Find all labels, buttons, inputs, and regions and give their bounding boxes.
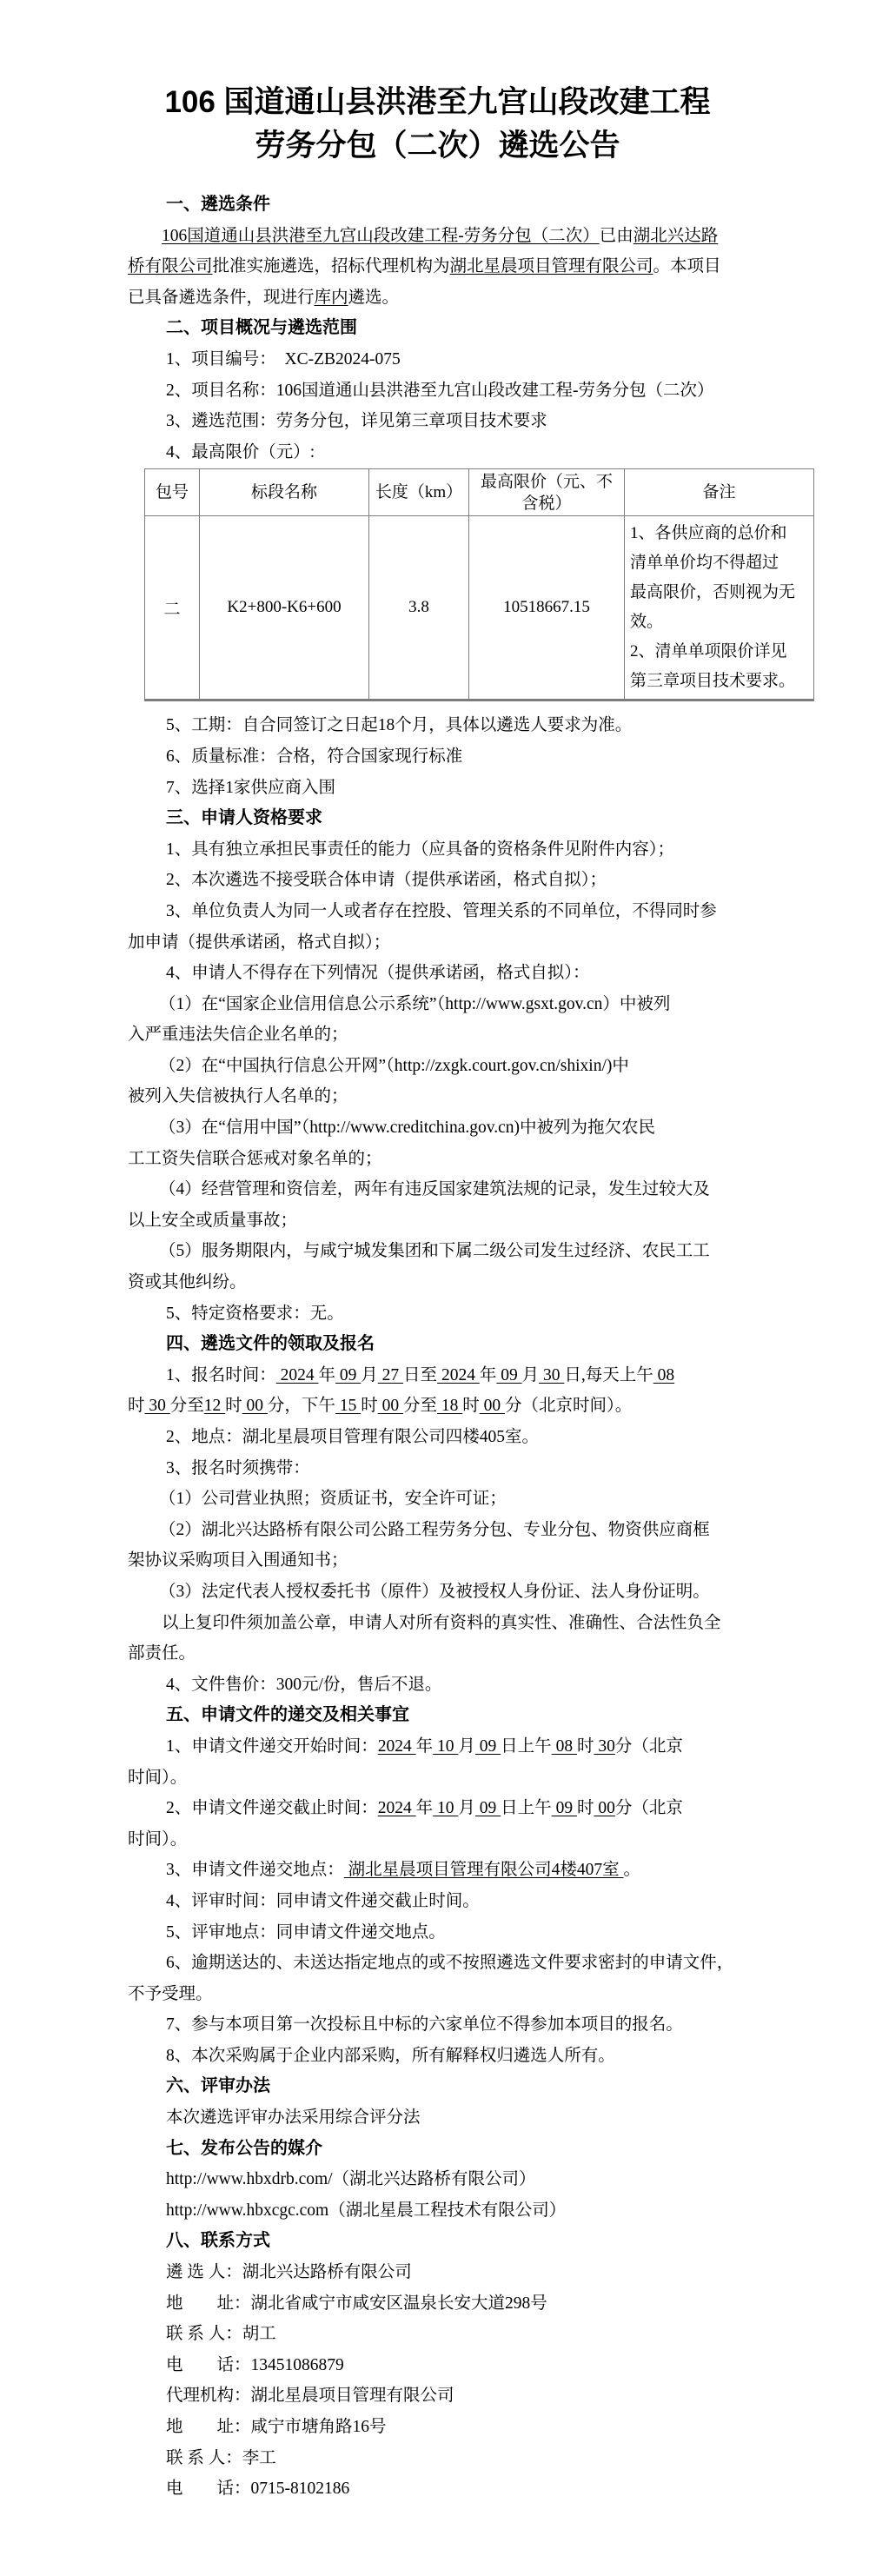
underlined-text: 2024 [378,1799,416,1817]
text-segment: 月 [522,1366,540,1384]
table-row: 二 K2+800-K6+600 3.8 10518667.15 1、各供应商的总… [145,516,814,700]
text-segment: 。本项目 [653,257,721,276]
underlined-text: 09 [335,1366,361,1384]
text-line: 1、具有独立承担民事责任的能力（应具备的资格条件见附件内容）； [128,834,747,866]
underlined-text: 08 [552,1737,577,1756]
text-segment: （5）服务期限内，与咸宁城发集团和下属二级公司发生过经济、农民工工 [159,1242,710,1260]
text-segment: 7、参与本项目第一次投标且中标的六家单位不得参加本项目的报名。 [166,2015,683,2034]
text-line: 7、选择1家供应商入围 [128,773,747,804]
text-segment: http://www.hbxcgc.com（湖北星晨工程技术有限公司） [166,2201,566,2220]
price-table: 包号 标段名称 长度（km） 最高限价（元、不含税） 备注 二 K2+800-K… [144,468,814,701]
remark-line: 清单单价均不得超过 [630,548,808,578]
text-line: 6、逾期送达的、未送达指定地点的或不按照遴选文件要求密封的申请文件， [128,1948,747,1979]
text-segment: 部责任。 [128,1644,196,1663]
text-segment: 时间）。 [128,1769,187,1787]
text-segment: 架协议采购项目入围通知书； [128,1551,348,1570]
text-segment: 年 [319,1366,336,1384]
text-line: 3、遴选范围：劳务分包，详见第三章项目技术要求 [128,406,747,437]
text-line: 遴 选 人：湖北兴达路桥有限公司 [128,2257,747,2288]
text-line: 入严重违法失信企业名单的； [128,1019,747,1051]
underlined-text: 00 [480,1397,505,1415]
text-line: 1、报名时间： 2024 年 09 月 27 日至 2024 年 09 月 30… [128,1360,747,1391]
text-segment: 年 [416,1799,434,1817]
text-segment: 3、单位负责人为同一人或者存在控股、管理关系的不同单位，不得同时参 [166,902,717,920]
text-segment: 日上午 [501,1799,552,1817]
text-segment: 加申请（提供承诺函，格式自拟）； [128,933,390,952]
text-segment: 分，下午 [268,1397,335,1415]
underlined-text: 库内 [315,289,348,307]
text-segment: 1、项目编号： XC-ZB2024-075 [166,350,401,368]
text-segment: 2、申请文件递交截止时间： [166,1799,378,1817]
text-line: 架协议采购项目入围通知书； [128,1545,747,1577]
text-segment: 以上安全或质量事故； [128,1212,297,1230]
text-line: 5、特定资格要求：无。 [128,1298,747,1330]
text-segment: 3、遴选范围：劳务分包，详见第三章项目技术要求 [166,412,547,430]
text-segment: 。 [624,1861,641,1879]
underlined-text: 10 [433,1799,458,1817]
underlined-text: 桥有限公司 [128,257,213,276]
underlined-text: 12 [204,1397,225,1415]
text-segment: 已具备遴选条件，现进行 [128,289,315,307]
table-header-package: 包号 [145,469,200,516]
section-heading: 五、申请文件的递交及相关事宜 [128,1700,747,1731]
table-header-length: 长度（km） [369,469,469,516]
text-segment: 时 [577,1737,594,1756]
text-segment: 日上午 [501,1737,552,1756]
section-heading: 四、遴选文件的领取及报名 [128,1329,747,1360]
text-line: 4、最高限价（元）: [128,437,747,468]
length-cell: 3.8 [369,516,469,700]
text-segment: 3、报名时须携带： [166,1459,310,1477]
text-segment: 6、逾期送达的、未送达指定地点的或不按照遴选文件要求密封的申请文件， [166,1954,733,1972]
text-line: http://www.hbxdrb.com/（湖北兴达路桥有限公司） [128,2164,747,2195]
text-line: 时间）。 [128,1763,747,1794]
text-segment: 本次遴选评审办法采用综合评分法 [166,2108,421,2127]
section-heading: 一、遴选条件 [128,189,747,221]
text-line: 联 系 人：胡工 [128,2319,747,2350]
text-segment: （2）在“中国执行信息公开网”（http://zxgk.court.gov.cn… [159,1057,629,1075]
text-segment: 代理机构：湖北星晨项目管理有限公司 [166,2387,454,2405]
text-segment: 月 [458,1737,475,1756]
announcement-title: 106 国道通山县洪港至九宫山段改建工程 劳务分包（二次）遴选公告 [128,81,747,168]
text-segment: （1）在“国家企业信用信息公示系统”（http://www.gsxt.gov.c… [159,995,670,1013]
text-line: 1、项目编号： XC-ZB2024-075 [128,344,747,375]
text-segment: 批准实施遴选，招标代理机构为 [213,257,450,276]
underlined-text: 30 [539,1366,564,1384]
text-segment: 年 [480,1366,497,1384]
text-line: 时 30 分至12 时 00 分，下午 15 时 00 分至 18 时 00 分… [128,1391,747,1422]
text-segment: 4、申请人不得存在下列情况（提供承诺函，格式自拟）： [166,964,590,982]
table-header-row: 包号 标段名称 长度（km） 最高限价（元、不含税） 备注 [145,469,814,516]
text-segment: 地 址：咸宁市塘角路16号 [166,2418,387,2436]
text-segment: 入严重违法失信企业名单的； [128,1026,348,1044]
text-segment: 日,每天上午 [564,1366,653,1384]
remark-line: 1、各供应商的总价和 [630,519,808,548]
underlined-text: 湖北星晨项目管理有限公司 [450,257,653,276]
text-segment: 分至 [403,1397,437,1415]
underlined-text: 00 [594,1799,614,1817]
document-page: 106 国道通山县洪港至九宫山段改建工程 劳务分包（二次）遴选公告 一、遴选条件… [0,0,869,2576]
text-segment: 1、具有独立承担民事责任的能力（应具备的资格条件见附件内容）； [166,840,674,859]
text-line: 已具备遴选条件，现进行库内遴选。 [128,282,747,314]
text-line: 以上复印件须加盖公章，申请人对所有资料的真实性、准确性、合法性负全 [128,1608,747,1639]
underlined-text: 08 [653,1366,674,1384]
underlined-text: 2024 [437,1366,480,1384]
text-segment: 5、评审地点：同申请文件递交地点。 [166,1923,446,1942]
remark-line: 第三章项目技术要求。 [630,667,808,696]
underlined-text: 18 [437,1397,462,1415]
underlined-text: 10 [433,1737,458,1756]
text-segment: 时间）。 [128,1830,187,1849]
text-segment: 5、特定资格要求：无。 [166,1305,344,1323]
text-segment: 8、本次采购属于企业内部采购，所有解释权归遴选人所有。 [166,2047,615,2065]
text-line: 5、工期：自合同签订之日起18个月，具体以遴选人要求为准。 [128,710,747,741]
text-line: 代理机构：湖北星晨项目管理有限公司 [128,2380,747,2412]
underlined-text: 27 [378,1366,403,1384]
text-line: 7、参与本项目第一次投标且中标的六家单位不得参加本项目的报名。 [128,2009,747,2041]
text-line: （1）在“国家企业信用信息公示系统”（http://www.gsxt.gov.c… [128,989,747,1020]
price-cell: 10518667.15 [469,516,625,700]
text-segment: 不予受理。 [128,1985,213,2003]
text-line: 2、地点：湖北星晨项目管理有限公司四楼405室。 [128,1422,747,1453]
text-segment: （3）在“信用中国”（http://www.creditchina.gov.cn… [159,1119,655,1137]
title-line: 劳务分包（二次）遴选公告 [128,124,747,168]
underlined-text: 湖北星晨项目管理有限公司4楼407室 [344,1861,624,1879]
text-segment: 资或其他纠纷。 [128,1273,247,1291]
table-header-max-price: 最高限价（元、不含税） [469,469,625,516]
package-cell: 二 [145,516,200,700]
text-segment: 月 [361,1366,378,1384]
section-flow-before-table: 一、遴选条件106国道通山县洪港至九宫山段改建工程-劳务分包（二次）已由湖北兴达… [128,189,747,468]
text-line: 3、申请文件递交地点： 湖北星晨项目管理有限公司4楼407室 。 [128,1855,747,1886]
text-segment: 1、报名时间： [166,1366,276,1384]
text-segment: 电 话：13451086879 [166,2356,344,2374]
text-line: （4）经营管理和资信差，两年有违反国家建筑法规的记录，发生过较大及 [128,1174,747,1205]
remark-line: 2、清单单项限价详见 [630,637,808,667]
underlined-text: 30 [145,1397,170,1415]
text-line: （1）公司营业执照；资质证书，安全许可证； [128,1484,747,1515]
underlined-text: 15 [335,1397,361,1415]
text-line: 8、本次采购属于企业内部采购，所有解释权归遴选人所有。 [128,2041,747,2072]
text-line: 3、单位负责人为同一人或者存在控股、管理关系的不同单位，不得同时参 [128,896,747,927]
section-heading: 二、项目概况与遴选范围 [128,313,747,344]
text-segment: 电 话：0715-8102186 [166,2480,349,2498]
underlined-text: 湖北兴达路 [634,227,719,245]
underlined-text: 09 [475,1799,501,1817]
text-segment: （4）经营管理和资信差，两年有违反国家建筑法规的记录，发生过较大及 [159,1180,710,1198]
text-line: （3）法定代表人授权委托书（原件）及被授权人身份证、法人身份证明。 [128,1577,747,1608]
text-line: 资或其他纠纷。 [128,1267,747,1298]
section-name-cell: K2+800-K6+600 [200,516,369,700]
text-line: 电 话：13451086879 [128,2350,747,2381]
text-segment: 时 [225,1397,242,1415]
text-segment: 联 系 人：李工 [166,2449,276,2467]
text-line: 被列入失信被执行人名单的； [128,1081,747,1112]
text-line: 2、申请文件递交截止时间：2024 年 10 月 09 日上午 09 时 00分… [128,1793,747,1824]
section-heading: 六、评审办法 [128,2071,747,2102]
text-segment: 遴选。 [348,289,400,307]
text-line: 电 话：0715-8102186 [128,2473,747,2505]
text-segment: 时 [462,1397,480,1415]
section-heading: 七、发布公告的媒介 [128,2134,747,2165]
section-heading: 八、联系方式 [128,2226,747,2257]
text-segment: 遴 选 人：湖北兴达路桥有限公司 [166,2263,412,2281]
text-segment: 以上复印件须加盖公章，申请人对所有资料的真实性、准确性、合法性负全 [162,1614,721,1632]
text-segment: （3）法定代表人授权委托书（原件）及被授权人身份证、法人身份证明。 [159,1583,710,1601]
table-header-section-name: 标段名称 [200,469,369,516]
text-segment: 时 [577,1799,594,1817]
text-segment: 3、申请文件递交地点： [166,1861,344,1879]
text-line: （3）在“信用中国”（http://www.creditchina.gov.cn… [128,1112,747,1144]
text-line: 加申请（提供承诺函，格式自拟）； [128,927,747,959]
text-segment: 6、质量标准：合格，符合国家现行标准 [166,747,462,766]
text-segment: 分（北京 [615,1799,683,1817]
text-line: 1、申请文件递交开始时间：2024 年 10 月 09 日上午 08 时 30分… [128,1731,747,1763]
text-line: 工工资失信联合惩戒对象名单的； [128,1144,747,1175]
document-content: 106 国道通山县洪港至九宫山段改建工程 劳务分包（二次）遴选公告 一、遴选条件… [0,81,869,2505]
text-segment: 2、本次遴选不接受联合体申请（提供承诺函，格式自拟）； [166,871,607,889]
underlined-text: 106国道通山县洪港至九宫山段改建工程-劳务分包（二次） [162,227,600,245]
text-line: 本次遴选评审办法采用综合评分法 [128,2102,747,2134]
text-segment: 7、选择1家供应商入围 [166,779,335,797]
text-segment: 1、申请文件递交开始时间： [166,1737,378,1756]
text-line: 桥有限公司批准实施遴选，招标代理机构为湖北星晨项目管理有限公司。本项目 [128,251,747,282]
remark-cell: 1、各供应商的总价和清单单价均不得超过最高限价，否则视为无效。2、清单单项限价详… [625,516,814,700]
underlined-text: 09 [552,1799,577,1817]
text-line: 不予受理。 [128,1979,747,2010]
text-segment: 已由 [600,227,634,245]
text-segment: 工工资失信联合惩戒对象名单的； [128,1150,382,1168]
text-segment: 日至 [403,1366,437,1384]
text-segment: 4、文件售价：300元/份，售后不退。 [166,1676,441,1694]
text-segment: 月 [458,1799,475,1817]
text-line: 3、报名时须携带： [128,1453,747,1484]
text-line: 部责任。 [128,1638,747,1670]
text-line: 2、项目名称：106国道通山县洪港至九宫山段改建工程-劳务分包（二次） [128,375,747,407]
text-line: 106国道通山县洪港至九宫山段改建工程-劳务分包（二次）已由湖北兴达路 [128,221,747,252]
underlined-text: 30 [594,1737,614,1756]
text-segment: 地 址：湖北省咸宁市咸安区温泉长安大道298号 [166,2294,547,2313]
text-segment: （2）湖北兴达路桥有限公司公路工程劳务分包、专业分包、物资供应商框 [159,1521,710,1539]
text-segment: 5、工期：自合同签订之日起18个月，具体以遴选人要求为准。 [166,716,632,734]
text-line: 4、评审时间：同申请文件递交截止时间。 [128,1886,747,1917]
text-line: http://www.hbxcgc.com（湖北星晨工程技术有限公司） [128,2195,747,2227]
underlined-text: 00 [378,1397,403,1415]
underlined-text: 09 [475,1737,501,1756]
text-line: 以上安全或质量事故； [128,1205,747,1237]
text-segment: http://www.hbxdrb.com/（湖北兴达路桥有限公司） [166,2170,536,2188]
text-segment: 年 [416,1737,434,1756]
text-segment: 联 系 人：胡工 [166,2325,276,2343]
text-line: 6、质量标准：合格，符合国家现行标准 [128,741,747,773]
text-segment: 分（北京时间）。 [505,1397,632,1415]
text-line: 时间）。 [128,1824,747,1856]
text-line: （2）湖北兴达路桥有限公司公路工程劳务分包、专业分包、物资供应商框 [128,1515,747,1546]
text-line: （5）服务期限内，与咸宁城发集团和下属二级公司发生过经济、农民工工 [128,1236,747,1267]
remark-line: 效。 [630,607,808,637]
text-segment: 时 [361,1397,378,1415]
remark-line: 最高限价，否则视为无 [630,578,808,607]
section-heading: 三、申请人资格要求 [128,803,747,834]
text-segment: 4、评审时间：同申请文件递交截止时间。 [166,1892,480,1910]
section-flow-after-table: 5、工期：自合同签订之日起18个月，具体以遴选人要求为准。6、质量标准：合格，符… [128,710,747,2504]
title-line: 106 国道通山县洪港至九宫山段改建工程 [128,81,747,124]
text-line: 联 系 人：李工 [128,2443,747,2474]
text-segment: 时 [128,1397,145,1415]
text-segment: 分（北京 [615,1737,683,1756]
text-segment: 被列入失信被执行人名单的； [128,1087,348,1105]
text-segment: （1）公司营业执照；资质证书，安全许可证； [159,1490,507,1508]
underlined-text: 2024 [378,1737,416,1756]
underlined-text: 09 [496,1366,521,1384]
text-line: （2）在“中国执行信息公开网”（http://zxgk.court.gov.cn… [128,1051,747,1082]
underlined-text: 00 [242,1397,268,1415]
table-header-remark: 备注 [625,469,814,516]
text-line: 地 址：湖北省咸宁市咸安区温泉长安大道298号 [128,2288,747,2320]
text-segment: 2、地点：湖北星晨项目管理有限公司四楼405室。 [166,1428,539,1446]
text-segment: 2、项目名称：106国道通山县洪港至九宫山段改建工程-劳务分包（二次） [166,382,714,400]
text-segment: 分至 [170,1397,204,1415]
text-segment: 4、最高限价（元）: [166,443,315,461]
text-line: 2、本次遴选不接受联合体申请（提供承诺函，格式自拟）； [128,865,747,896]
text-line: 4、申请人不得存在下列情况（提供承诺函，格式自拟）： [128,958,747,989]
underlined-text: 2024 [276,1366,319,1384]
text-line: 5、评审地点：同申请文件递交地点。 [128,1917,747,1949]
text-line: 4、文件售价：300元/份，售后不退。 [128,1670,747,1701]
text-line: 地 址：咸宁市塘角路16号 [128,2412,747,2443]
